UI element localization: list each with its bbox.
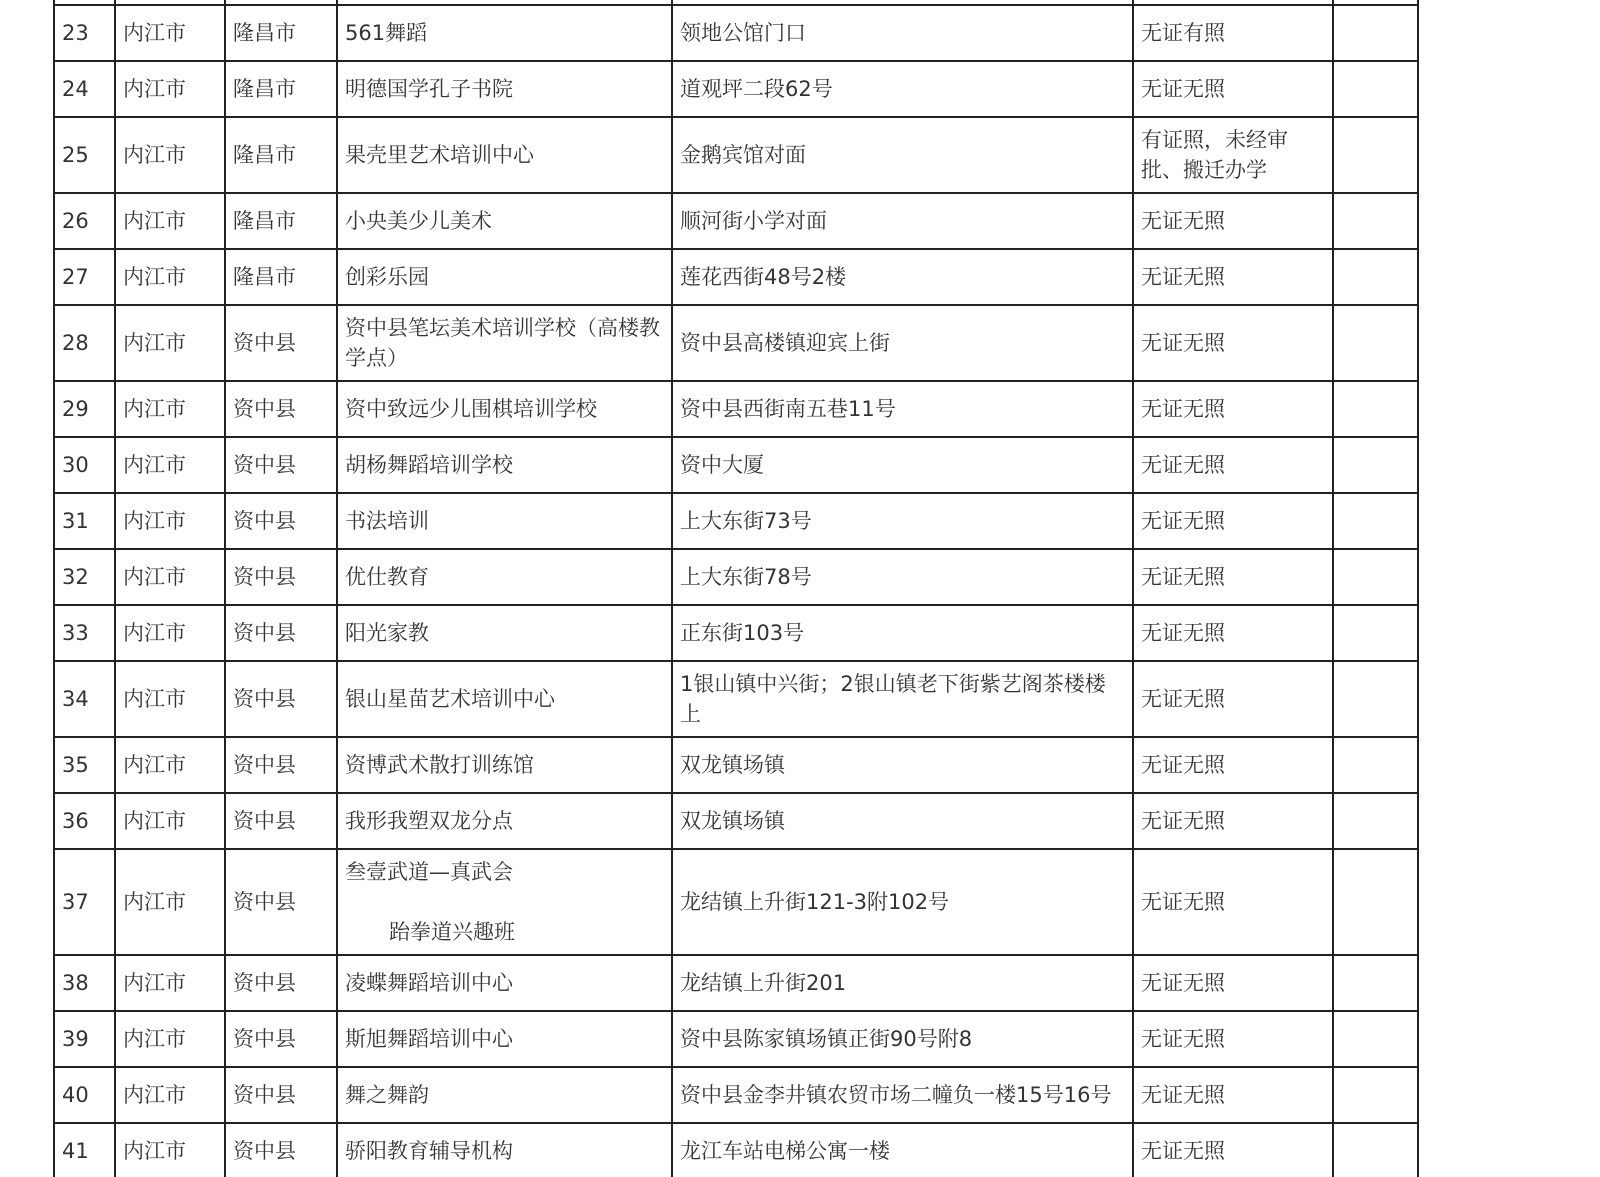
cell-address: 正东街103号: [672, 605, 1133, 661]
cell-name: 书法培训: [337, 493, 672, 549]
cell-name: 资博武术散打训练馆: [337, 737, 672, 793]
cell-status: 无证无照: [1133, 249, 1333, 305]
cell-note: [1333, 193, 1418, 249]
cell-note: [1333, 305, 1418, 381]
cell-address: 金鹅宾馆对面: [672, 117, 1133, 193]
cell-county: 资中县: [225, 1067, 337, 1123]
table-row: 34 内江市 资中县 银山星苗艺术培训中心 1银山镇中兴街；2银山镇老下街紫艺阁…: [54, 661, 1418, 737]
cell-note: [1333, 793, 1418, 849]
cell-city: 内江市: [115, 661, 225, 737]
cell-status: 无证无照: [1133, 1123, 1333, 1177]
cell-city: 内江市: [115, 1067, 225, 1123]
cell-status: 无证无照: [1133, 193, 1333, 249]
cell-no: 26: [54, 193, 115, 249]
cell-address: 资中县陈家镇场镇正街90号附8: [672, 1011, 1133, 1067]
cell-note: [1333, 437, 1418, 493]
cell-county: 资中县: [225, 849, 337, 955]
cell-city: 内江市: [115, 381, 225, 437]
cell-no: 38: [54, 955, 115, 1011]
table-row: 40 内江市 资中县 舞之舞韵 资中县金李井镇农贸市场二幢负一楼15号16号 无…: [54, 1067, 1418, 1123]
cell-city: 内江市: [115, 117, 225, 193]
institution-list-table: 23 内江市 隆昌市 561舞蹈 领地公馆门口 无证有照 24 内江市 隆昌市 …: [53, 0, 1419, 1177]
cell-address: 龙江车站电梯公寓一楼: [672, 1123, 1133, 1177]
cell-status: 有证照，未经审批、搬迁办学: [1133, 117, 1333, 193]
cell-name-line1: 叁壹武道—真武会: [345, 857, 664, 887]
table-row: 37 内江市 资中县 叁壹武道—真武会 跆拳道兴趣班 龙结镇上升街121-3附1…: [54, 849, 1418, 955]
cell-note: [1333, 1067, 1418, 1123]
cell-note: [1333, 1011, 1418, 1067]
cell-no: 23: [54, 5, 115, 61]
cell-status: 无证无照: [1133, 793, 1333, 849]
cell-name: 斯旭舞蹈培训中心: [337, 1011, 672, 1067]
cell-note: [1333, 5, 1418, 61]
cell-city: 内江市: [115, 549, 225, 605]
cell-no: 24: [54, 61, 115, 117]
cell-address: 双龙镇场镇: [672, 793, 1133, 849]
cell-note: [1333, 661, 1418, 737]
cell-city: 内江市: [115, 493, 225, 549]
cell-name: 优仕教育: [337, 549, 672, 605]
cell-county: 隆昌市: [225, 5, 337, 61]
cell-status: 无证无照: [1133, 437, 1333, 493]
cell-status: 无证无照: [1133, 661, 1333, 737]
table-row: 23 内江市 隆昌市 561舞蹈 领地公馆门口 无证有照: [54, 5, 1418, 61]
cell-name: 果壳里艺术培训中心: [337, 117, 672, 193]
cell-name: 阳光家教: [337, 605, 672, 661]
cell-name: 创彩乐园: [337, 249, 672, 305]
cell-address: 资中县西街南五巷11号: [672, 381, 1133, 437]
cell-note: [1333, 737, 1418, 793]
cell-city: 内江市: [115, 1011, 225, 1067]
cell-status: 无证无照: [1133, 955, 1333, 1011]
cell-no: 41: [54, 1123, 115, 1177]
cell-no: 29: [54, 381, 115, 437]
cell-name: 资中致远少儿围棋培训学校: [337, 381, 672, 437]
table-row: 31 内江市 资中县 书法培训 上大东街73号 无证无照: [54, 493, 1418, 549]
cell-name: 骄阳教育辅导机构: [337, 1123, 672, 1177]
cell-note: [1333, 61, 1418, 117]
cell-address: 龙结镇上升街121-3附102号: [672, 849, 1133, 955]
cell-address: 资中大厦: [672, 437, 1133, 493]
cell-no: 40: [54, 1067, 115, 1123]
cell-county: 资中县: [225, 737, 337, 793]
cell-status: 无证无照: [1133, 1067, 1333, 1123]
cell-status: 无证有照: [1133, 5, 1333, 61]
cell-county: 资中县: [225, 661, 337, 737]
cell-status: 无证无照: [1133, 1011, 1333, 1067]
cell-note: [1333, 605, 1418, 661]
cell-note: [1333, 493, 1418, 549]
cell-name: 明德国学孔子书院: [337, 61, 672, 117]
cell-note: [1333, 849, 1418, 955]
cell-address: 道观坪二段62号: [672, 61, 1133, 117]
cell-city: 内江市: [115, 849, 225, 955]
table-row: 32 内江市 资中县 优仕教育 上大东街78号 无证无照: [54, 549, 1418, 605]
cell-status: 无证无照: [1133, 549, 1333, 605]
table-row: 29 内江市 资中县 资中致远少儿围棋培训学校 资中县西街南五巷11号 无证无照: [54, 381, 1418, 437]
cell-name: 叁壹武道—真武会 跆拳道兴趣班: [337, 849, 672, 955]
cell-status: 无证无照: [1133, 849, 1333, 955]
cell-note: [1333, 549, 1418, 605]
table-row: 25 内江市 隆昌市 果壳里艺术培训中心 金鹅宾馆对面 有证照，未经审批、搬迁办…: [54, 117, 1418, 193]
cell-address: 1银山镇中兴街；2银山镇老下街紫艺阁茶楼楼上: [672, 661, 1133, 737]
cell-status: 无证无照: [1133, 61, 1333, 117]
cell-county: 隆昌市: [225, 249, 337, 305]
cell-no: 31: [54, 493, 115, 549]
cell-county: 资中县: [225, 605, 337, 661]
cell-address: 顺河街小学对面: [672, 193, 1133, 249]
cell-no: 39: [54, 1011, 115, 1067]
cell-city: 内江市: [115, 437, 225, 493]
cell-name: 小央美少儿美术: [337, 193, 672, 249]
cell-city: 内江市: [115, 605, 225, 661]
cell-no: 28: [54, 305, 115, 381]
cell-address: 上大东街73号: [672, 493, 1133, 549]
cell-city: 内江市: [115, 249, 225, 305]
cell-name-line2: 跆拳道兴趣班: [345, 917, 664, 947]
table-row: 38 内江市 资中县 凌蝶舞蹈培训中心 龙结镇上升街201 无证无照: [54, 955, 1418, 1011]
cell-address: 资中县高楼镇迎宾上街: [672, 305, 1133, 381]
table-row: 35 内江市 资中县 资博武术散打训练馆 双龙镇场镇 无证无照: [54, 737, 1418, 793]
cell-name: 胡杨舞蹈培训学校: [337, 437, 672, 493]
table-row: 41 内江市 资中县 骄阳教育辅导机构 龙江车站电梯公寓一楼 无证无照: [54, 1123, 1418, 1177]
cell-city: 内江市: [115, 955, 225, 1011]
cell-no: 37: [54, 849, 115, 955]
cell-city: 内江市: [115, 193, 225, 249]
cell-no: 36: [54, 793, 115, 849]
cell-county: 资中县: [225, 381, 337, 437]
cell-status: 无证无照: [1133, 305, 1333, 381]
table-row: 39 内江市 资中县 斯旭舞蹈培训中心 资中县陈家镇场镇正街90号附8 无证无照: [54, 1011, 1418, 1067]
cell-note: [1333, 249, 1418, 305]
cell-note: [1333, 117, 1418, 193]
table-row: 24 内江市 隆昌市 明德国学孔子书院 道观坪二段62号 无证无照: [54, 61, 1418, 117]
cell-address: 领地公馆门口: [672, 5, 1133, 61]
cell-no: 32: [54, 549, 115, 605]
cell-status: 无证无照: [1133, 493, 1333, 549]
table-row: 30 内江市 资中县 胡杨舞蹈培训学校 资中大厦 无证无照: [54, 437, 1418, 493]
cell-county: 资中县: [225, 793, 337, 849]
table-row: 33 内江市 资中县 阳光家教 正东街103号 无证无照: [54, 605, 1418, 661]
cell-no: 25: [54, 117, 115, 193]
cell-county: 资中县: [225, 1011, 337, 1067]
cell-note: [1333, 955, 1418, 1011]
table-row: 28 内江市 资中县 资中县笔坛美术培训学校（高楼教学点） 资中县高楼镇迎宾上街…: [54, 305, 1418, 381]
cell-city: 内江市: [115, 305, 225, 381]
cell-county: 资中县: [225, 493, 337, 549]
cell-city: 内江市: [115, 1123, 225, 1177]
cell-no: 27: [54, 249, 115, 305]
cell-name: 我形我塑双龙分点: [337, 793, 672, 849]
cell-city: 内江市: [115, 61, 225, 117]
cell-name: 561舞蹈: [337, 5, 672, 61]
cell-no: 33: [54, 605, 115, 661]
cell-address: 双龙镇场镇: [672, 737, 1133, 793]
cell-county: 资中县: [225, 549, 337, 605]
cell-county: 隆昌市: [225, 61, 337, 117]
cell-name: 资中县笔坛美术培训学校（高楼教学点）: [337, 305, 672, 381]
cell-no: 35: [54, 737, 115, 793]
cell-address: 资中县金李井镇农贸市场二幢负一楼15号16号: [672, 1067, 1133, 1123]
cell-county: 隆昌市: [225, 117, 337, 193]
cell-no: 30: [54, 437, 115, 493]
table-row: 27 内江市 隆昌市 创彩乐园 莲花西街48号2楼 无证无照: [54, 249, 1418, 305]
cell-address: 莲花西街48号2楼: [672, 249, 1133, 305]
table-row: 26 内江市 隆昌市 小央美少儿美术 顺河街小学对面 无证无照: [54, 193, 1418, 249]
cell-name: 银山星苗艺术培训中心: [337, 661, 672, 737]
cell-status: 无证无照: [1133, 381, 1333, 437]
cell-city: 内江市: [115, 793, 225, 849]
cell-county: 资中县: [225, 1123, 337, 1177]
cell-name: 凌蝶舞蹈培训中心: [337, 955, 672, 1011]
cell-county: 资中县: [225, 955, 337, 1011]
cell-no: 34: [54, 661, 115, 737]
cell-county: 隆昌市: [225, 193, 337, 249]
cell-status: 无证无照: [1133, 737, 1333, 793]
cell-city: 内江市: [115, 737, 225, 793]
cell-county: 资中县: [225, 305, 337, 381]
cell-city: 内江市: [115, 5, 225, 61]
institution-list-table-wrapper: 23 内江市 隆昌市 561舞蹈 领地公馆门口 无证有照 24 内江市 隆昌市 …: [53, 0, 1419, 1177]
cell-note: [1333, 381, 1418, 437]
cell-county: 资中县: [225, 437, 337, 493]
cell-status: 无证无照: [1133, 605, 1333, 661]
cell-address: 上大东街78号: [672, 549, 1133, 605]
cell-address: 龙结镇上升街201: [672, 955, 1133, 1011]
cell-name: 舞之舞韵: [337, 1067, 672, 1123]
cell-note: [1333, 1123, 1418, 1177]
table-row: 36 内江市 资中县 我形我塑双龙分点 双龙镇场镇 无证无照: [54, 793, 1418, 849]
